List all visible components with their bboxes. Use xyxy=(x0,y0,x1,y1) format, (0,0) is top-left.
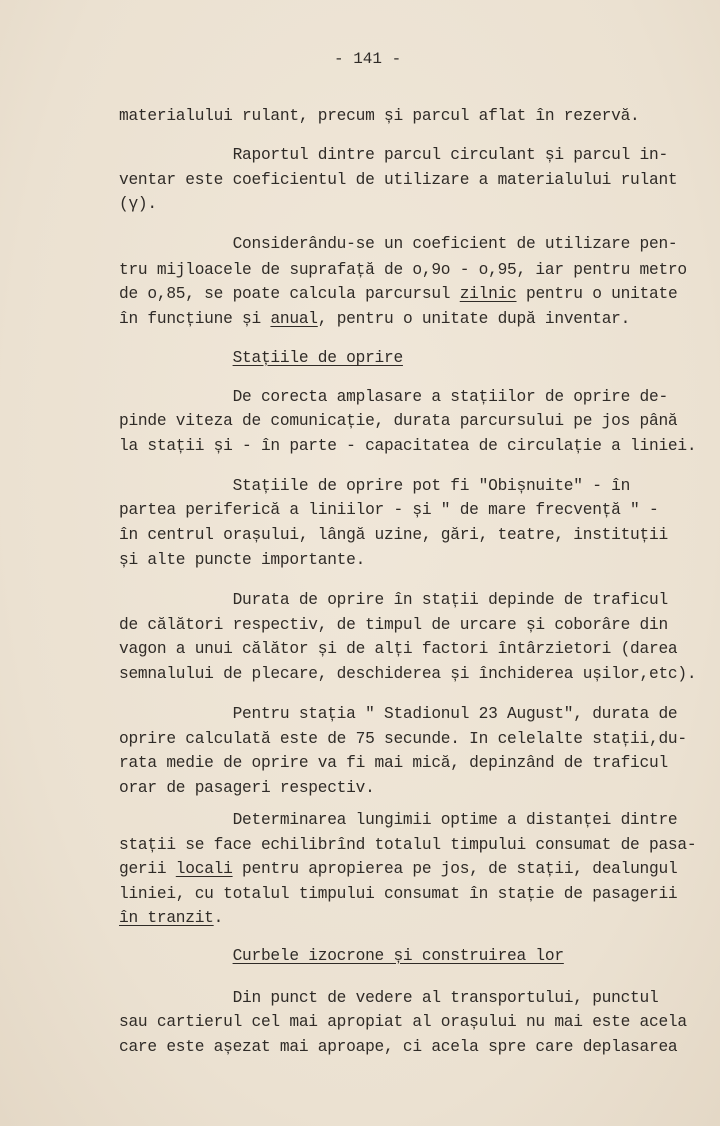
text-line: oprire calculată este de 75 secunde. In … xyxy=(119,729,687,749)
text-line: și alte puncte importante. xyxy=(119,550,365,570)
text-segment: sau cartierul cel mai apropiat al orașul… xyxy=(119,1013,687,1031)
text-segment: . xyxy=(214,909,223,927)
text-line: la stații și - în parte - capacitatea de… xyxy=(119,436,696,456)
text-segment: De corecta amplasare a stațiilor de opri… xyxy=(119,388,668,406)
text-line: în tranzit. xyxy=(119,908,223,928)
text-line: partea periferică a liniilor - și " de m… xyxy=(119,500,658,520)
text-segment: gerii xyxy=(119,860,176,878)
text-segment: Durata de oprire în stații depinde de tr… xyxy=(119,591,668,609)
text-segment: (γ). xyxy=(119,195,157,213)
text-segment: Stațiile de oprire pot fi "Obișnuite" - … xyxy=(119,477,630,495)
text-line: Durata de oprire în stații depinde de tr… xyxy=(119,590,668,610)
text-segment: de călători respectiv, de timpul de urca… xyxy=(119,616,668,634)
text-line: pinde viteza de comunicație, durata parc… xyxy=(119,411,677,431)
text-line: de călători respectiv, de timpul de urca… xyxy=(119,615,668,635)
text-line: stații se face echilibrînd totalul timpu… xyxy=(119,835,696,855)
text-line: ventar este coeficientul de utilizare a … xyxy=(119,170,677,190)
text-line: Curbele izocrone și construirea lor xyxy=(119,946,564,966)
text-line: Din punct de vedere al transportului, pu… xyxy=(119,988,658,1008)
document-page: - 141 - materialului rulant, precum și p… xyxy=(0,0,720,1126)
page-number: - 141 - xyxy=(334,50,401,68)
text-line: Considerându-se un coeficient de utiliza… xyxy=(119,234,677,254)
text-line: orar de pasageri respectiv. xyxy=(119,778,375,798)
text-line: rata medie de oprire va fi mai mică, dep… xyxy=(119,753,668,773)
underlined-text: Curbele izocrone și construirea lor xyxy=(233,947,564,965)
text-segment: ventar este coeficientul de utilizare a … xyxy=(119,171,677,189)
text-segment: în centrul orașului, lângă uzine, gări, … xyxy=(119,526,668,544)
text-line: semnalului de plecare, deschiderea și în… xyxy=(119,664,696,684)
underlined-text: Stațiile de oprire xyxy=(233,349,403,367)
text-line: liniei, cu totalul timpului consumat în … xyxy=(119,884,677,904)
text-segment: la stații și - în parte - capacitatea de… xyxy=(119,437,696,455)
text-line: vagon a unui călător și de alți factori … xyxy=(119,639,677,659)
text-line: sau cartierul cel mai apropiat al orașul… xyxy=(119,1012,687,1032)
text-line: gerii locali pentru apropierea pe jos, d… xyxy=(119,859,677,879)
text-line: (γ). xyxy=(119,194,157,214)
text-segment: orar de pasageri respectiv. xyxy=(119,779,375,797)
text-line: în centrul orașului, lângă uzine, gări, … xyxy=(119,525,668,545)
text-segment: vagon a unui călător și de alți factori … xyxy=(119,640,677,658)
text-segment: Determinarea lungimii optime a distanței… xyxy=(119,811,677,829)
text-segment: pentru apropierea pe jos, de stații, dea… xyxy=(233,860,678,878)
text-segment: , pentru o unitate după inventar. xyxy=(318,310,630,328)
text-segment: și alte puncte importante. xyxy=(119,551,365,569)
text-line: Stațiile de oprire pot fi "Obișnuite" - … xyxy=(119,476,630,496)
text-segment: Din punct de vedere al transportului, pu… xyxy=(119,989,658,1007)
text-segment: stații se face echilibrînd totalul timpu… xyxy=(119,836,696,854)
text-line: în funcțiune și anual, pentru o unitate … xyxy=(119,309,630,329)
underlined-text: anual xyxy=(270,310,317,328)
text-line: De corecta amplasare a stațiilor de opri… xyxy=(119,387,668,407)
text-segment: rata medie de oprire va fi mai mică, dep… xyxy=(119,754,668,772)
text-segment xyxy=(119,349,233,367)
text-segment: tru mijloacele de suprafață de o,9o - o,… xyxy=(119,261,687,279)
text-segment: Considerându-se un coeficient de utiliza… xyxy=(119,235,677,253)
text-segment: partea periferică a liniilor - și " de m… xyxy=(119,501,658,519)
text-segment: care este așezat mai aproape, ci acela s… xyxy=(119,1038,677,1056)
text-segment: materialului rulant, precum și parcul af… xyxy=(119,107,640,125)
text-segment: în funcțiune și xyxy=(119,310,270,328)
text-line: tru mijloacele de suprafață de o,9o - o,… xyxy=(119,260,687,280)
text-segment: Raportul dintre parcul circulant și parc… xyxy=(119,146,668,164)
text-segment: de o,85, se poate calcula parcursul xyxy=(119,285,460,303)
text-line: materialului rulant, precum și parcul af… xyxy=(119,106,640,126)
text-segment: pentru o unitate xyxy=(517,285,678,303)
underlined-text: zilnic xyxy=(460,285,517,303)
text-line: Stațiile de oprire xyxy=(119,348,403,368)
text-line: care este așezat mai aproape, ci acela s… xyxy=(119,1037,677,1057)
text-segment: Pentru stația " Stadionul 23 August", du… xyxy=(119,705,677,723)
text-segment: pinde viteza de comunicație, durata parc… xyxy=(119,412,677,430)
text-segment: oprire calculată este de 75 secunde. In … xyxy=(119,730,687,748)
text-segment: semnalului de plecare, deschiderea și în… xyxy=(119,665,696,683)
underlined-text: în tranzit xyxy=(119,909,214,927)
text-segment: liniei, cu totalul timpului consumat în … xyxy=(119,885,677,903)
text-line: Determinarea lungimii optime a distanței… xyxy=(119,810,677,830)
text-line: Pentru stația " Stadionul 23 August", du… xyxy=(119,704,677,724)
text-line: Raportul dintre parcul circulant și parc… xyxy=(119,145,668,165)
text-line: de o,85, se poate calcula parcursul ziln… xyxy=(119,284,677,304)
underlined-text: locali xyxy=(176,860,233,878)
text-segment xyxy=(119,947,233,965)
